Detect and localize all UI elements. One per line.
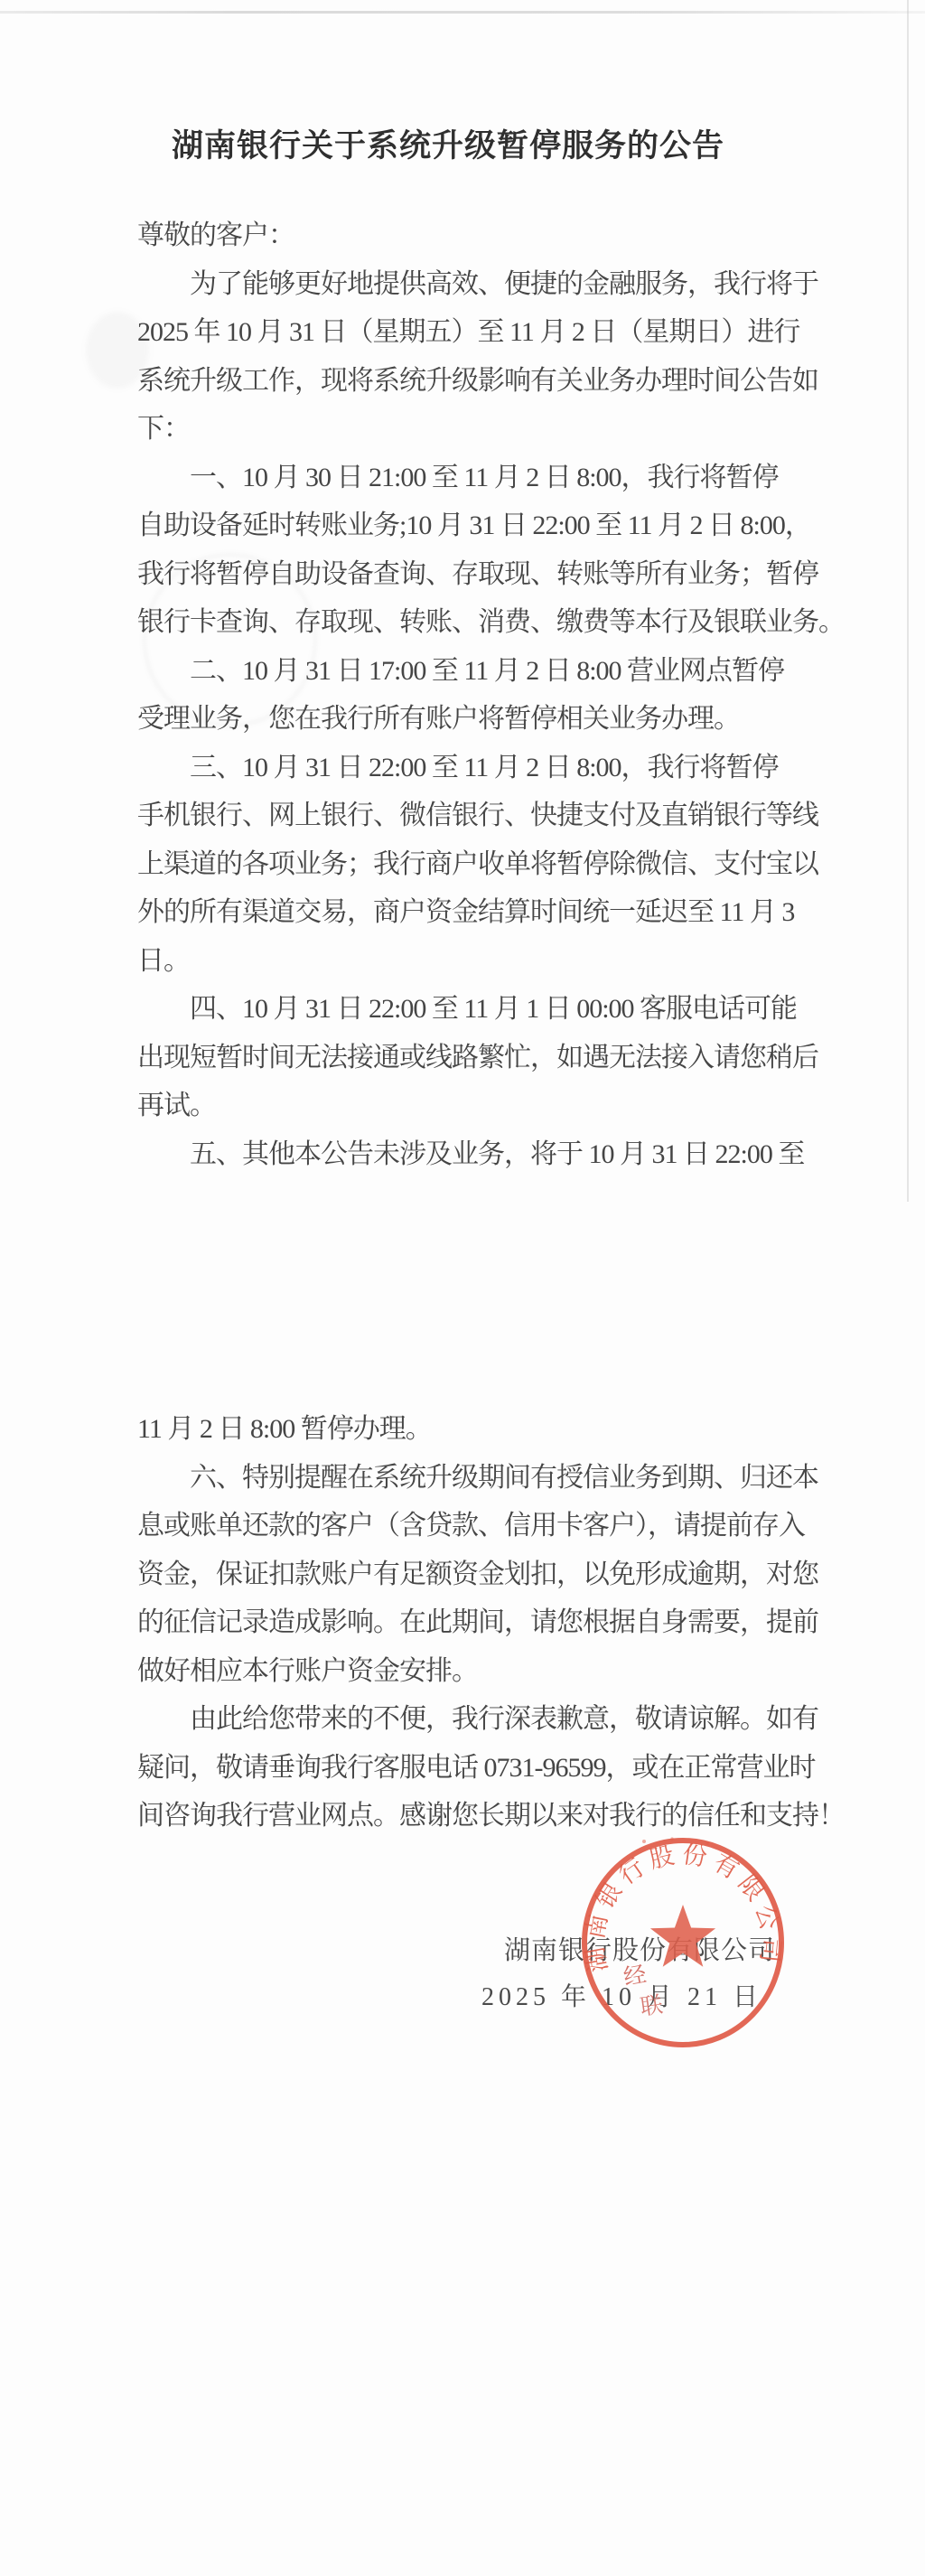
document-text-line: 2025 年 10 月 31 日（星期五）至 11 月 2 日（星期日）进行 — [137, 308, 806, 357]
document-text-line: 自助设备延时转账业务;10 月 31 日 22:00 至 11 月 2 日 8:… — [137, 501, 806, 550]
document-text-line: 手机银行、网上银行、微信银行、快捷支付及直销银行等线 — [137, 792, 806, 840]
body-text-page1: 尊敬的客户： 为了能够更好地提供高效、便捷的金融服务，我行将于2025 年 10… — [137, 211, 806, 1178]
scan-top-edge-line — [0, 11, 925, 14]
document-text-line: 为了能够更好地提供高效、便捷的金融服务，我行将于 — [137, 260, 806, 309]
document-text-line: 下： — [137, 405, 806, 454]
document-text-line: 日。 — [137, 937, 806, 986]
document-text-line: 我行将暂停自助设备查询、存取现、转账等所有业务；暂停 — [137, 550, 806, 599]
scan-right-edge-line — [907, 0, 909, 1202]
document-text-line: 一、10 月 30 日 21:00 至 11 月 2 日 8:00，我行将暂停 — [137, 454, 806, 502]
document-text-line: 二、10 月 31 日 17:00 至 11 月 2 日 8:00 营业网点暂停 — [137, 647, 806, 696]
seal-noise-dot — [705, 1841, 709, 1845]
document-text-line: 外的所有渠道交易，商户资金结算时间统一延迟至 11 月 3 — [137, 888, 806, 937]
document-text-line: 资金，保证扣款账户有足额资金划扣，以免形成逾期，对您 — [137, 1550, 806, 1599]
document-text-line: 三、10 月 31 日 22:00 至 11 月 2 日 8:00，我行将暂停 — [137, 744, 806, 792]
document-text-line: 尊敬的客户： — [137, 211, 806, 260]
document-text-line: 11 月 2 日 8:00 暂停办理。 — [137, 1405, 806, 1454]
document-title: 湖南银行关于系统升级暂停服务的公告 — [0, 121, 911, 166]
document-text-line: 银行卡查询、存取现、转账、消费、缴费等本行及银联业务。 — [137, 598, 806, 647]
seal-overprint-char-1: 经 — [621, 1962, 648, 1991]
document-text-line: 疑问，敬请垂询我行客服电话 0731-96599，或在正常营业时 — [137, 1744, 806, 1793]
document-text-line: 间咨询我行营业网点。感谢您长期以来对我行的信任和支持！ — [137, 1792, 806, 1841]
document-text-line: 由此给您带来的不便，我行深表歉意，敬请谅解。如有 — [137, 1695, 806, 1744]
document-text-line: 六、特别提醒在系统升级期间有授信业务到期、归还本 — [137, 1454, 806, 1503]
document-text-line: 出现短暂时间无法接通或线路繁忙，如遇无法接入请您稍后 — [137, 1034, 806, 1082]
document-text-line: 系统升级工作，现将系统升级影响有关业务办理时间公告如 — [137, 357, 806, 406]
document-text-line: 受理业务，您在我行所有账户将暂停相关业务办理。 — [137, 695, 806, 744]
body-text-page2: 11 月 2 日 8:00 暂停办理。 六、特别提醒在系统升级期间有授信业务到期… — [137, 1405, 806, 1841]
seal-star-icon — [650, 1905, 715, 1967]
document-text-line: 再试。 — [137, 1082, 806, 1130]
document-text-line: 上渠道的各项业务；我行商户收单将暂停除微信、支付宝以 — [137, 840, 806, 889]
announcement-document: 湖南银行关于系统升级暂停服务的公告 尊敬的客户： 为了能够更好地提供高效、便捷的… — [0, 0, 925, 2576]
document-text-line: 五、其他本公告未涉及业务，将于 10 月 31 日 22:00 至 — [137, 1130, 806, 1179]
document-text-line: 做好相应本行账户资金安排。 — [137, 1647, 806, 1696]
seal-noise-dot — [670, 1837, 673, 1840]
document-text-line: 息或账单还款的客户（含贷款、信用卡客户），请提前存入 — [137, 1502, 806, 1550]
seal-overprint-char-2: 联 — [639, 1992, 665, 2020]
seal-noise-dot — [642, 1840, 646, 1843]
document-text-line: 的征信记录造成影响。在此期间，请您根据自身需要，提前 — [137, 1598, 806, 1647]
official-seal: 湖南银行股份有限公司 经 联 — [578, 1836, 788, 2049]
document-text-line: 四、10 月 31 日 22:00 至 11 月 1 日 00:00 客服电话可… — [137, 985, 806, 1034]
